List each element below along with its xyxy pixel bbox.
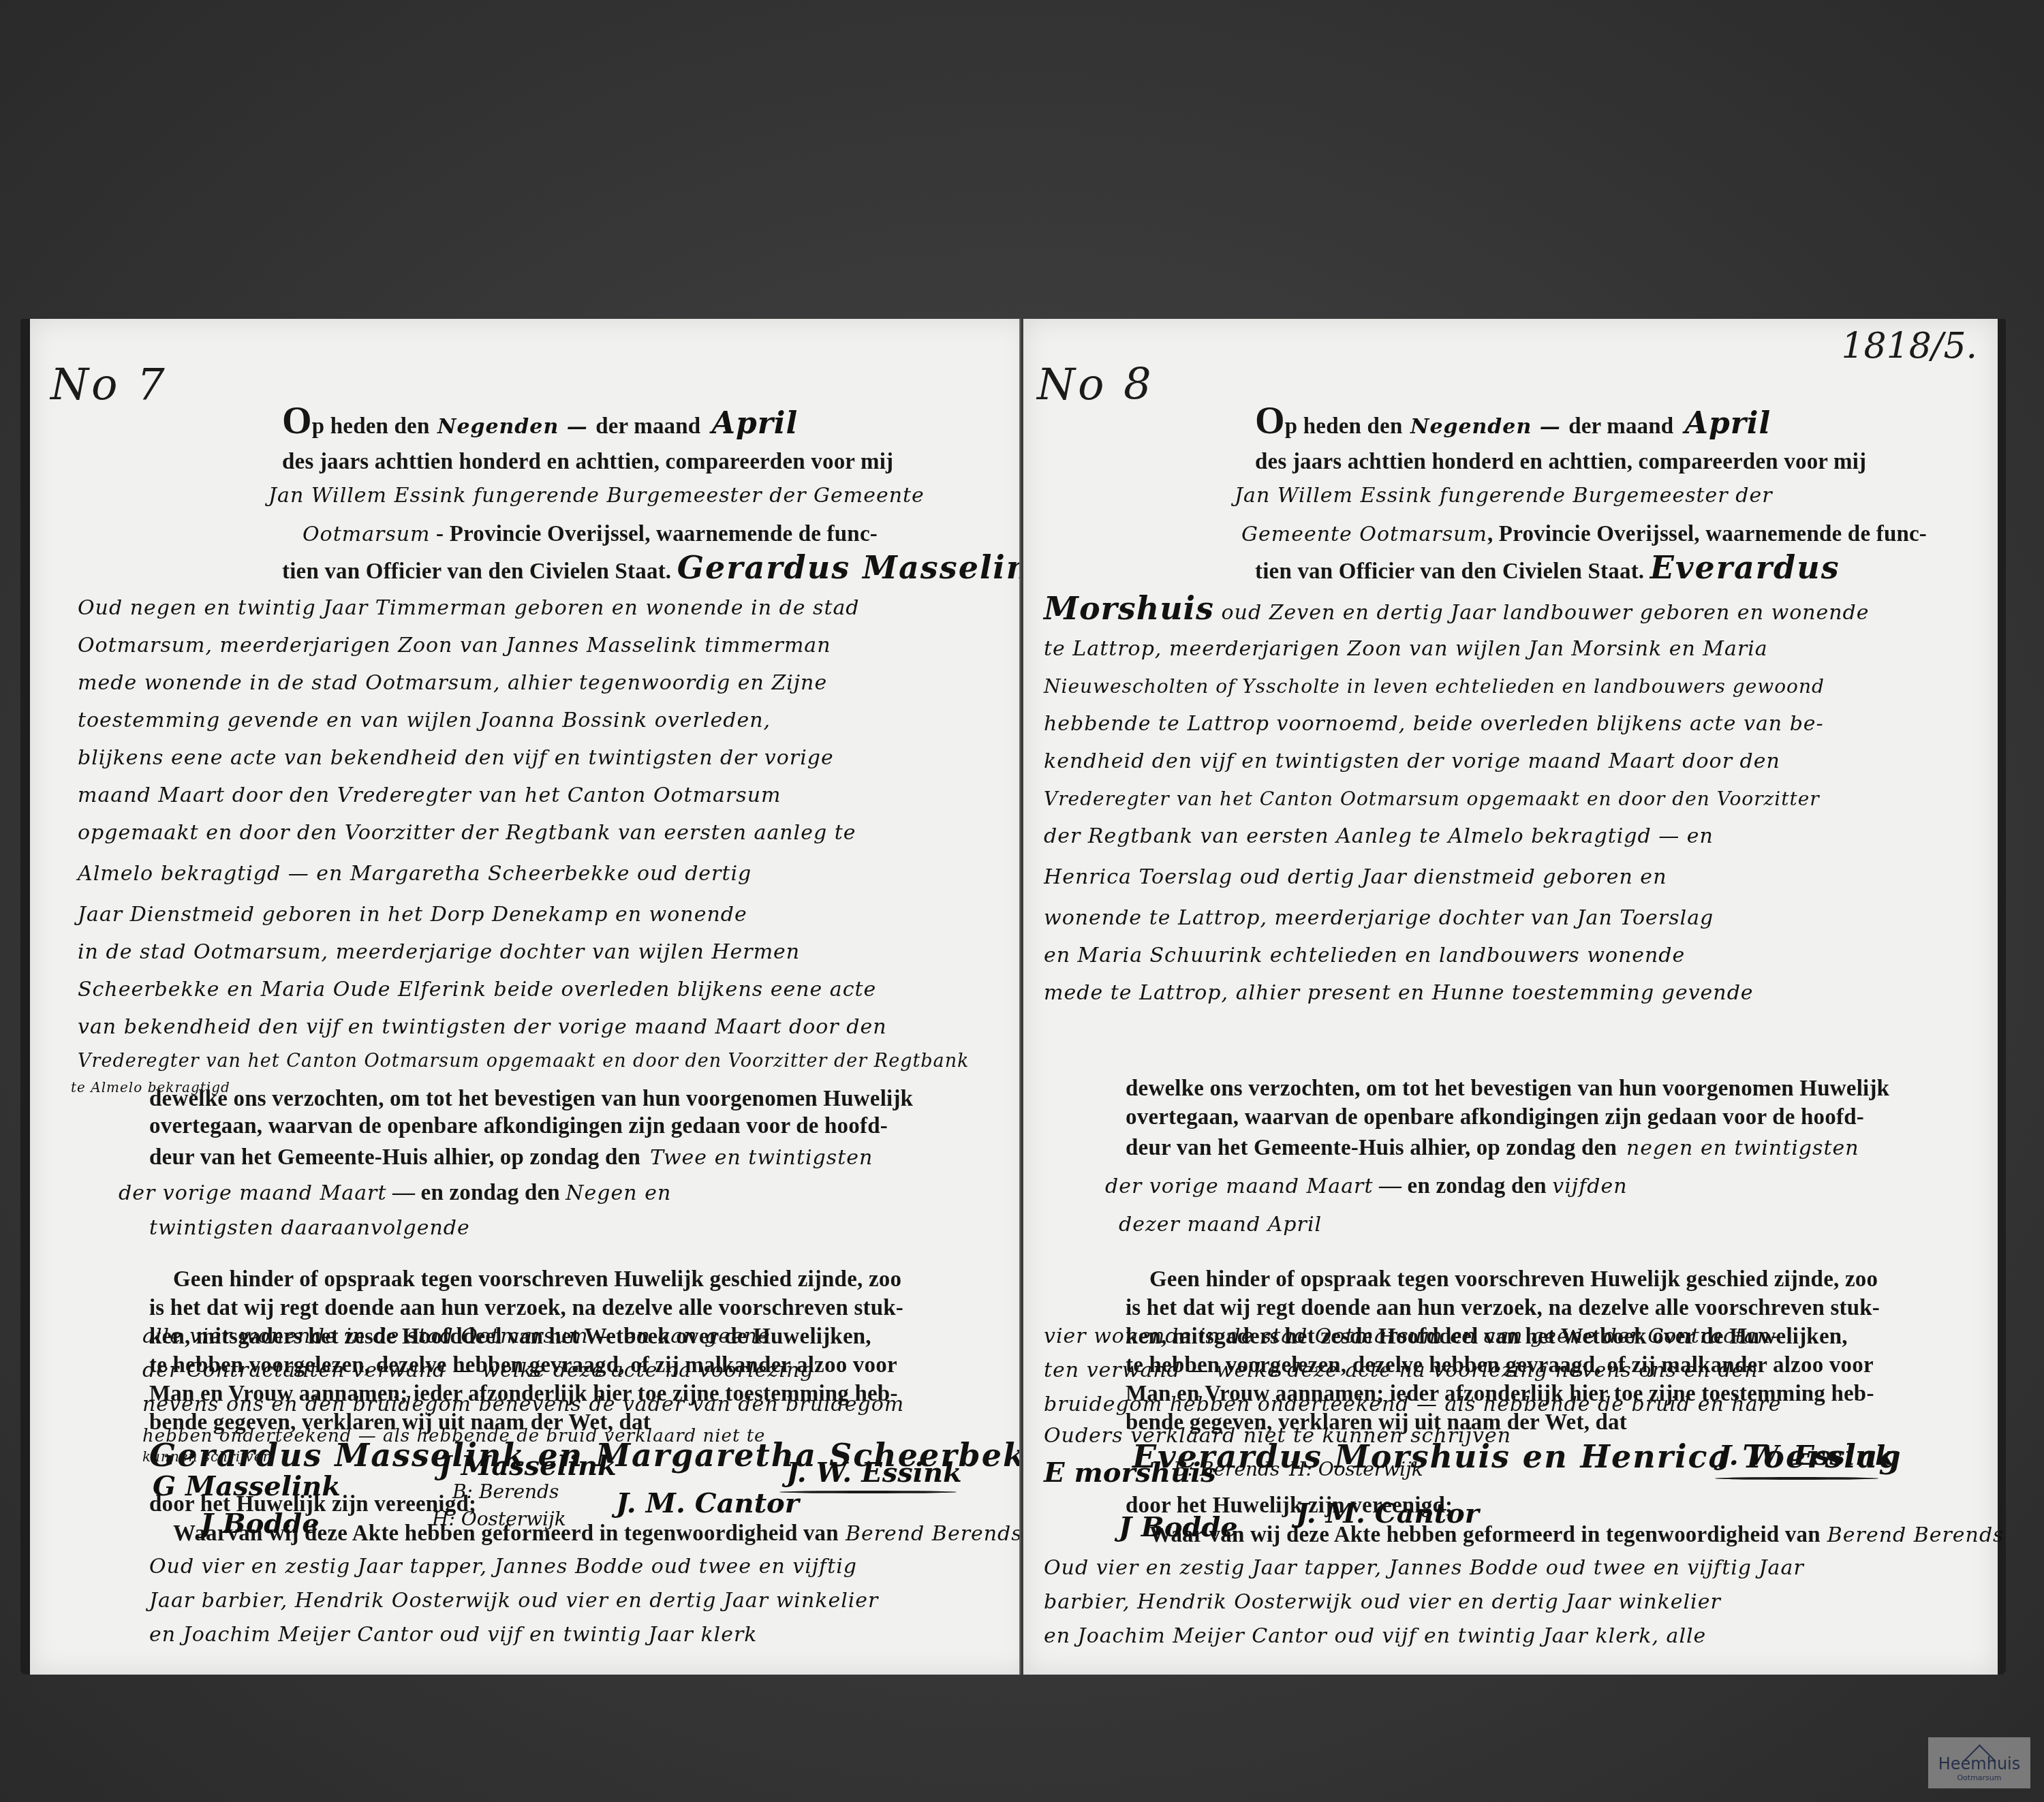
handwritten-text: Twee en twintigsten (650, 1146, 873, 1170)
body-line: in de stad Ootmarsum, meerderjarige doch… (78, 939, 800, 966)
body-line: hebbende te Lattrop voornoemd, beide ove… (1044, 711, 1824, 738)
act-number: No 7 (50, 360, 168, 410)
printed-text: deur van het Gemeente-Huis alhier, op zo… (1126, 1136, 1617, 1160)
body-line: opgemaakt en door den Voorzitter der Reg… (78, 820, 856, 847)
body-line: Vrederegter van het Canton Ootmarsum opg… (78, 1048, 969, 1075)
signature-witness: J Bodde (200, 1508, 320, 1540)
signature-father: J Masselink (439, 1450, 617, 1482)
witness-line: bruidegom hebben onderteekend — als hebb… (1044, 1391, 1782, 1418)
proclamation-line-2: dezer maand April (1119, 1211, 1322, 1239)
year-line: des jaars achttien honderd en achttien, … (1255, 448, 1866, 476)
witness-line: barbier, Hendrik Oosterwijk oud vier en … (1044, 1589, 1721, 1616)
printed-text: tien van Officier van den Civielen Staat… (282, 559, 677, 584)
proclamation-date-line: deur van het Gemeente-Huis alhier, op zo… (149, 1143, 873, 1172)
day-handwritten: Negenden — (430, 415, 596, 439)
body-line: Oud negen en twintig Jaar Timmerman gebo… (78, 595, 860, 622)
body-line: mede te Lattrop, alhier present en Hunne… (1044, 980, 1754, 1007)
witness-line: Jaar barbier, Hendrik Oosterwijk oud vie… (149, 1587, 878, 1615)
signature-witness: J Bodde (1119, 1511, 1238, 1543)
proclamation-line-2: twintigsten daaraanvolgende (149, 1215, 470, 1242)
witness-line: en Joachim Meijer Cantor oud vijf en twi… (1044, 1623, 1706, 1650)
printed-line: overtegaan, waarvan de openbare afkondig… (149, 1113, 888, 1140)
printed-text: der maand (1568, 414, 1673, 439)
printed-text: deur van het Gemeente-Huis alhier, op zo… (149, 1145, 640, 1170)
municipality-line: Ootmarsum - Provincie Overijssel, waarne… (303, 520, 878, 548)
signature-groom: G Masselink (153, 1470, 341, 1502)
printed-text: p heden den (1285, 414, 1403, 439)
witness-line: Oud vier en zestig Jaar tapper, Jannes B… (1044, 1555, 1804, 1582)
month-handwritten: April (700, 406, 798, 441)
mayor-line: Jan Willem Essink fungerende Burgemeeste… (268, 482, 925, 510)
witness-line: der Contractanten verwand — welke deze a… (142, 1357, 814, 1384)
witness-line: ten verwand — welke deze acte na voorlez… (1044, 1357, 1759, 1384)
year-line: des jaars achttien honderd en achttien, … (282, 448, 893, 476)
printed-text: der maand (595, 414, 700, 439)
printed-line: is het dat wij regt doende aan hun verzo… (149, 1294, 903, 1322)
witness-line: Oud vier en zestig Jaar tapper, Jannes B… (149, 1553, 857, 1581)
body-line: maand Maart door den Vrederegter van het… (78, 782, 781, 809)
handwritten-text: der vorige maand Maart (119, 1181, 386, 1205)
witness-line: alle vier wonende in de stad Ootmarsum —… (142, 1323, 771, 1350)
proclamation-line: der vorige maand Maart — en zondag den v… (1105, 1172, 1628, 1200)
signature-flourish (779, 1491, 957, 1493)
day-handwritten: Negenden — (1403, 415, 1569, 439)
body-line: MorshuisMorshuis oud Zeven en dertig Jaa… (1044, 595, 1870, 627)
witness-name: Berend Berends (1827, 1523, 2004, 1547)
printed-text: O (282, 400, 312, 442)
printed-line: dewelke ons verzochten, om tot het beves… (149, 1085, 913, 1113)
witness-line: Ouders verklaard niet te kunnen schrijve… (1044, 1423, 1511, 1450)
printed-text: - Provincie Overijssel, waarnemende de f… (431, 522, 878, 546)
handwritten-text: Ootmarsum (303, 523, 431, 546)
witness-line: vier wonende in de stad Ootmarsum en aan… (1044, 1323, 1778, 1350)
body-line: te Lattrop, meerderjarigen Zoon van wijl… (1044, 636, 1768, 663)
printed-text: Waar van wij deze Akte hebben geformeerd… (1149, 1523, 1821, 1547)
body-line: Vrederegter van het Canton Ootmarsum opg… (1044, 786, 1820, 813)
signature-witness: B: Berends (1173, 1458, 1280, 1480)
groom-name: Everardus (1650, 549, 1840, 586)
handwritten-text: Gemeente Ootmarsum (1241, 523, 1487, 546)
printed-text: O (1255, 400, 1285, 442)
bride-intro-line: Henrica Toerslag oud dertig Jaar dienstm… (1044, 864, 1667, 891)
body-line: toestemming gevende en van wijlen Joanna… (78, 707, 771, 734)
printed-line: dewelke ons verzochten, om tot het beves… (1126, 1075, 1889, 1102)
witness-line: kunnen schrijven (142, 1443, 272, 1470)
body-line: en Maria Schuurink echtelieden en landbo… (1044, 942, 1685, 969)
signature-witness: J. M. Cantor (1296, 1497, 1479, 1529)
signature-mayor: J. W. Essink (786, 1457, 962, 1489)
body-line: kendheid den vijf en twintigsten der vor… (1044, 748, 1780, 775)
month-handwritten: April (1673, 406, 1771, 441)
body-line: blijkens eene acte van bekendheid den vi… (78, 745, 834, 772)
folio-number: 1818/5. (1842, 326, 1977, 367)
officer-line: tien van Officier van den Civielen Staat… (282, 554, 1053, 585)
handwritten-text: der vorige maand Maart (1105, 1175, 1373, 1198)
body-line: wonende te Lattrop, meerderjarige dochte… (1044, 905, 1714, 932)
date-line: Op heden den Negenden — der maand April (1255, 407, 1771, 441)
printed-text: — en zondag den (386, 1181, 566, 1205)
printed-text: — en zondag den (1373, 1174, 1552, 1198)
printed-text: p heden den (312, 414, 430, 439)
witness-intro-line: Waar van wij deze Akte hebben geformeerd… (1149, 1521, 2004, 1549)
witness-line: en Joachim Meijer Cantor oud vijf en twi… (149, 1621, 757, 1649)
proclamation-date-line: deur van het Gemeente-Huis alhier, op zo… (1126, 1134, 1859, 1162)
handwritten-text: vijfden (1552, 1175, 1627, 1198)
officer-line: tien van Officier van den Civielen Staat… (1255, 554, 1840, 585)
printed-text: , Provincie Overijssel, waarnemende de f… (1487, 522, 1927, 546)
groom-surname: Morshuis (1044, 590, 1214, 627)
signature-flourish (1715, 1477, 1878, 1480)
bride-intro-line: Almelo bekragtigd — en Margaretha Scheer… (78, 860, 752, 888)
signature-witness: B: Berends (452, 1480, 559, 1503)
act-number: No 8 (1037, 360, 1154, 410)
signature-witness: J. M. Cantor (616, 1487, 799, 1519)
body-line: Ootmarsum, meerderjarigen Zoon van Janne… (78, 632, 831, 659)
signature-mayor: J. W. Essink (1718, 1440, 1894, 1472)
proclamation-line: der vorige maand Maart — en zondag den N… (119, 1179, 671, 1207)
body-line: van bekendheid den vijf en twintigsten d… (78, 1014, 886, 1041)
printed-line: Geen hinder of opspraak tegen voorschrev… (173, 1266, 901, 1293)
handwritten-text: negen en twintigsten (1626, 1136, 1859, 1160)
body-line: Jaar Dienstmeid geboren in het Dorp Dene… (78, 901, 747, 929)
witness-line: nevens ons en den bruidegom benevens de … (142, 1391, 904, 1418)
body-line: Scheerbekke en Maria Oude Elferink beide… (78, 976, 876, 1004)
signature-witness: H: Oosterwijk (1289, 1458, 1423, 1480)
heemhuis-watermark: Heemhuis Ootmarsum (1928, 1737, 2030, 1788)
printed-line: is het dat wij regt doende aan hun verzo… (1126, 1294, 1880, 1322)
printed-text: tien van Officier van den Civielen Staat… (1255, 559, 1650, 584)
mayor-line: Jan Willem Essink fungerende Burgemeeste… (1235, 482, 1773, 510)
printed-line: Geen hinder of opspraak tegen voorschrev… (1149, 1266, 1878, 1293)
municipality-line: Gemeente Ootmarsum, Provincie Overijssel… (1241, 520, 1927, 548)
body-line: mede wonende in de stad Ootmarsum, alhie… (78, 670, 827, 697)
printed-line: overtegaan, waarvan de openbare afkondig… (1126, 1104, 1864, 1131)
body-line: der Regtbank van eersten Aanleg te Almel… (1044, 823, 1714, 850)
body-line: Nieuwescholten of Ysscholte in leven ech… (1044, 673, 1825, 700)
groom-name: Gerardus Masselink (677, 549, 1053, 586)
handwritten-text: Negen en (566, 1181, 671, 1205)
signature-witness: H: Oosterwijk (432, 1508, 566, 1530)
date-line: Op heden den Negenden — der maand April (282, 407, 798, 441)
witness-name: Berend Berends (846, 1522, 1023, 1546)
